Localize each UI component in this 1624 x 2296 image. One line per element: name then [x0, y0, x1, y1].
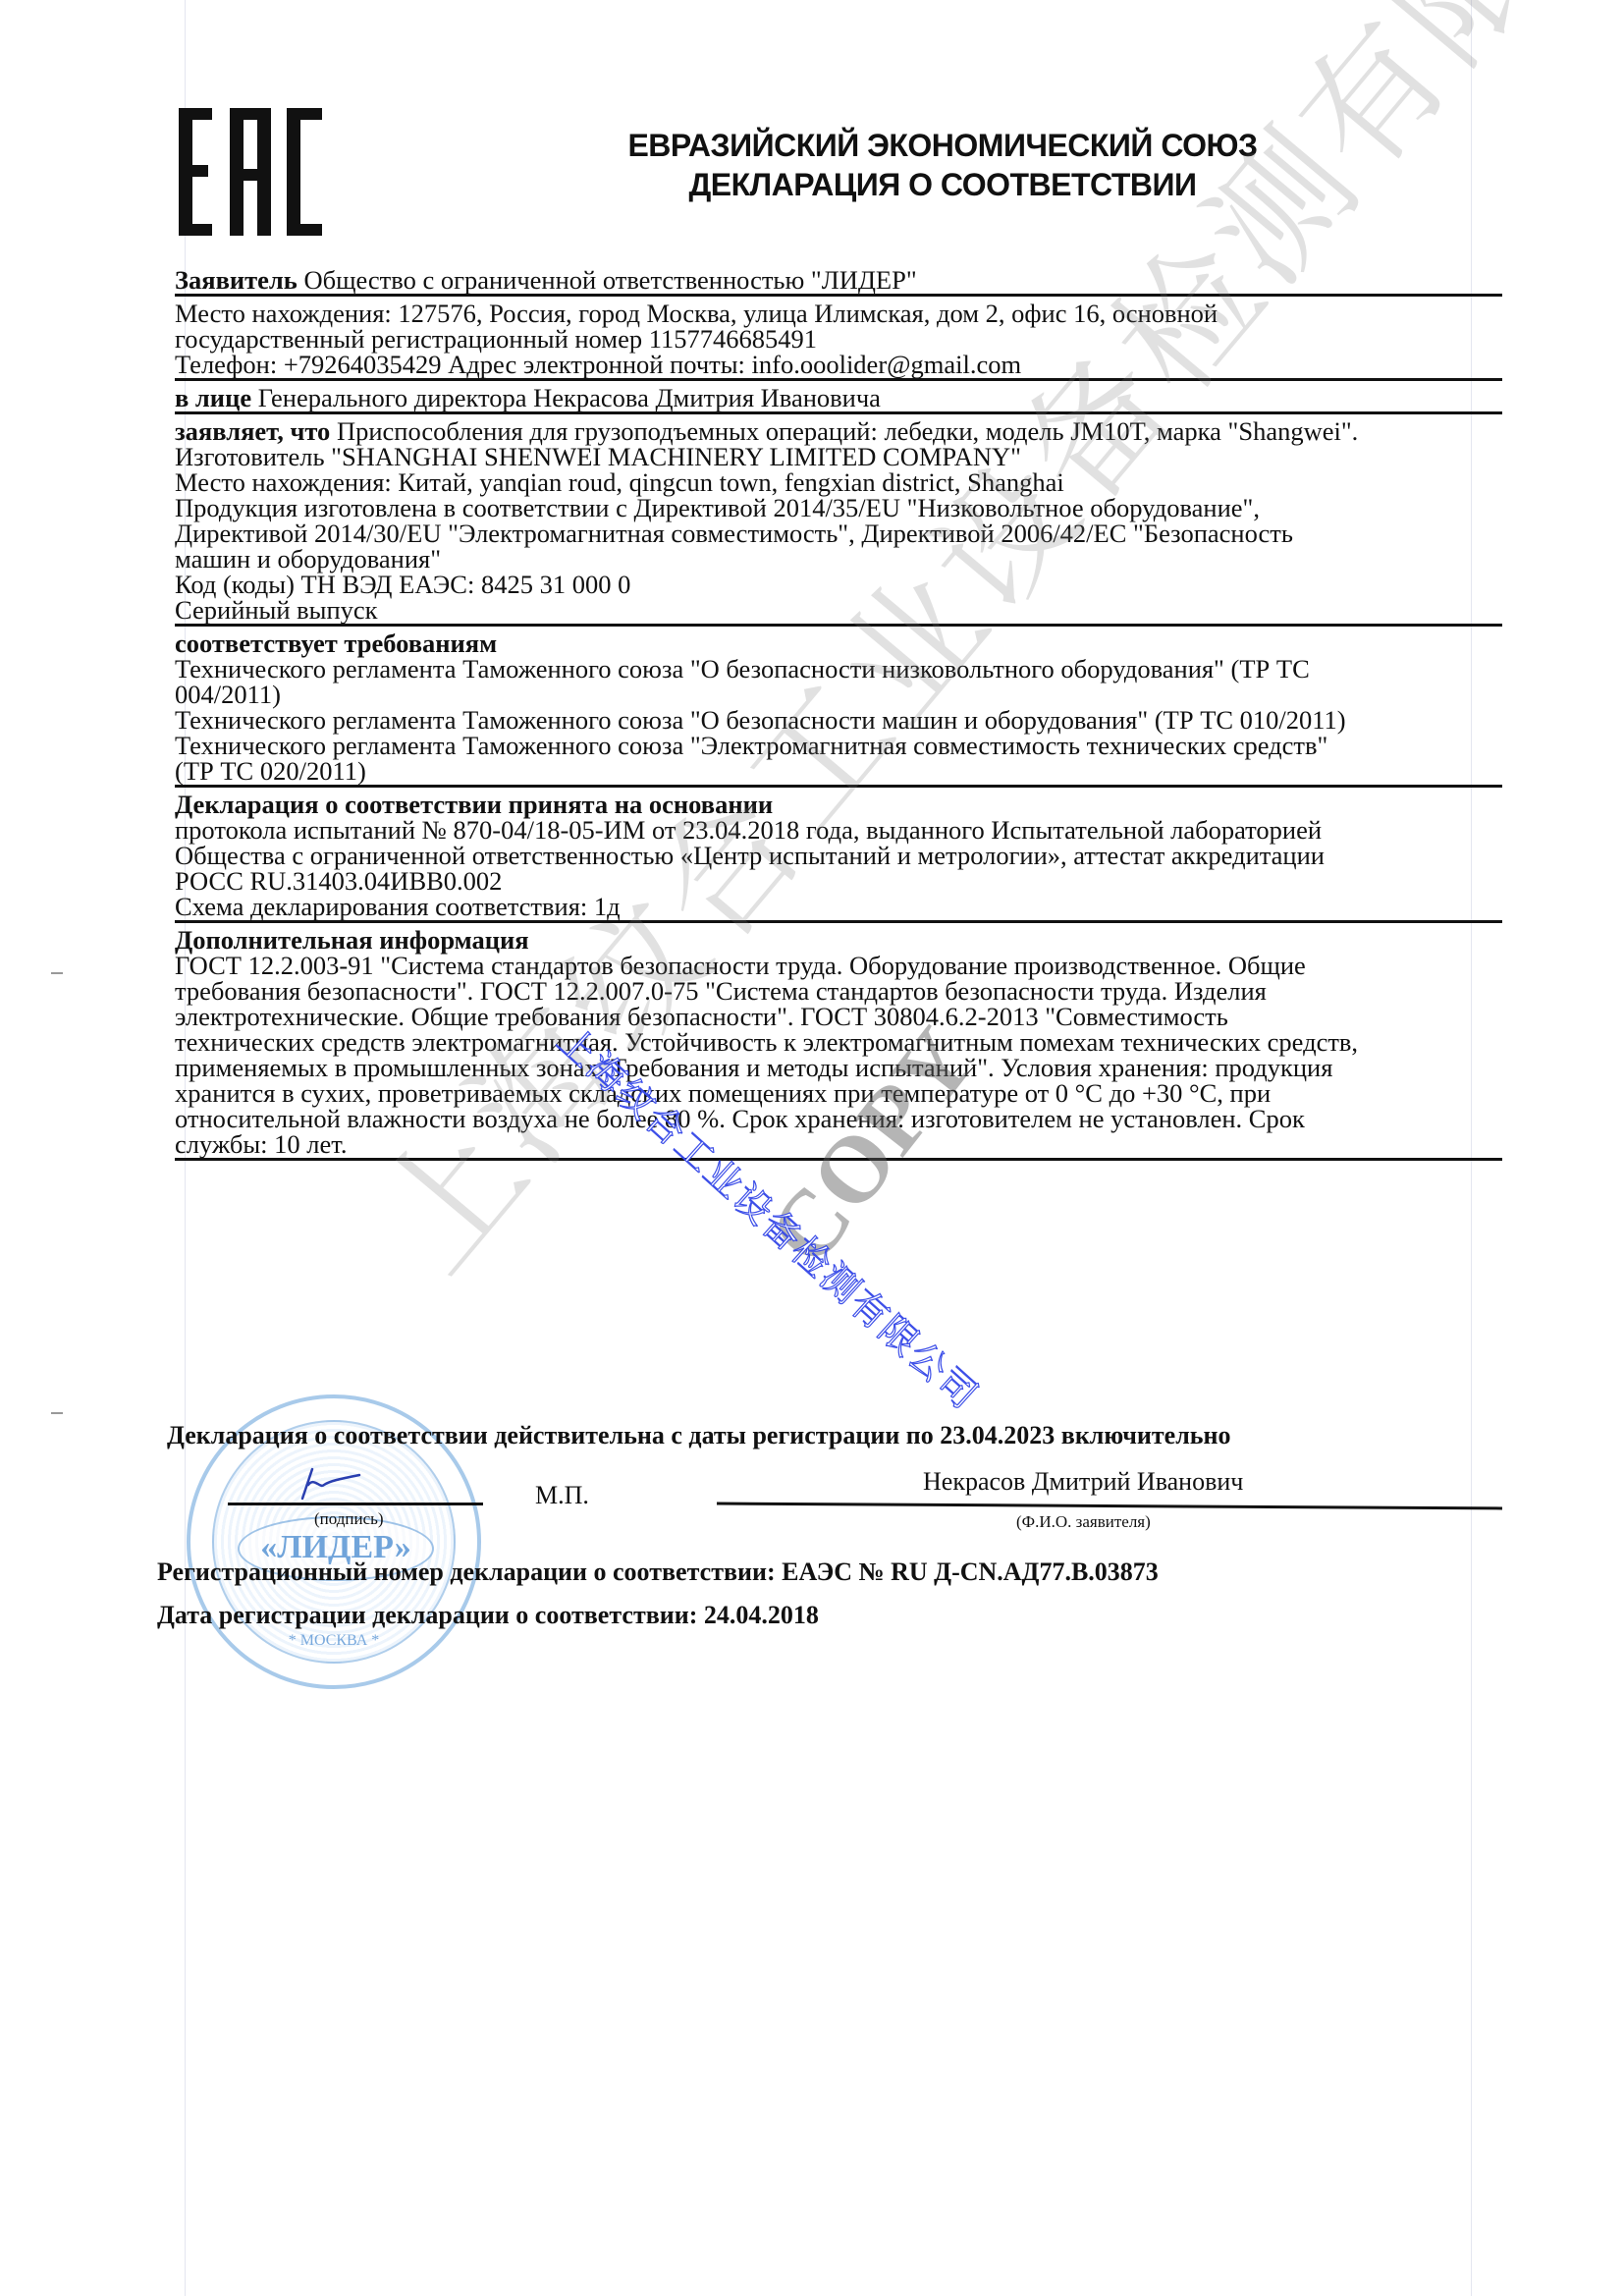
signature-caption: (подпись) [314, 1509, 384, 1529]
declaration-page: ЕВРАЗИЙСКИЙ ЭКОНОМИЧЕСКИЙ СОЮЗ ДЕКЛАРАЦИ… [0, 0, 1624, 2296]
signatory-name: Некрасов Дмитрий Иванович [923, 1467, 1243, 1497]
registration-number: Регистрационный номер декларации о соотв… [157, 1558, 1159, 1587]
applicant-label: Заявитель [175, 265, 298, 295]
manufacturer: Изготовитель "SHANGHAI SHENWEI MACHINERY… [175, 444, 1502, 469]
additional-line: электротехнические. Общие требования без… [175, 1004, 1502, 1029]
name-line [717, 1503, 1502, 1510]
manufacturer-address: Место нахождения: Китай, yanqian roud, q… [175, 469, 1502, 495]
applicant-address-2: государственный регистрационный номер 11… [175, 326, 1502, 352]
additional-line: требования безопасности". ГОСТ 12.2.007.… [175, 978, 1502, 1004]
directives-line-2: Директивой 2014/30/EU "Электромагнитная … [175, 520, 1502, 546]
stamp-city: * МОСКВА * [190, 1632, 477, 1650]
handwritten-signature-icon [295, 1463, 363, 1503]
representative-value: Генерального директора Некрасова Дмитрия… [251, 383, 881, 412]
registration-date: Дата регистрации декларации о соответств… [157, 1601, 819, 1630]
representative-row: в лице Генерального директора Некрасова … [175, 385, 1502, 410]
representative-label: в лице [175, 383, 251, 412]
directives-line-1: Продукция изготовлена в соответствии с Д… [175, 495, 1502, 520]
validity-statement: Декларация о соответствии действительна … [167, 1421, 1231, 1450]
name-caption: (Ф.И.О. заявителя) [1016, 1512, 1151, 1532]
margin-tick [51, 972, 63, 974]
additional-line: ГОСТ 12.2.003-91 "Система стандартов без… [175, 953, 1502, 978]
seal-place-mark: М.П. [535, 1481, 589, 1510]
additional-label: Дополнительная информация [175, 927, 1502, 953]
basis-line: Схема декларирования соответствия: 1д [175, 894, 1502, 919]
margin-tick [51, 1412, 63, 1414]
declares-row: заявляет, что Приспособления для грузопо… [175, 418, 1502, 444]
additional-line: применяемых в промышленных зонах. Требов… [175, 1055, 1502, 1080]
additional-line: технических средств электромагнитная. Ус… [175, 1029, 1502, 1055]
applicant-contacts: Телефон: +79264035429 Адрес электронной … [175, 352, 1502, 377]
applicant-name: Общество с ограниченной ответственностью… [298, 265, 917, 295]
eac-logo-icon [179, 108, 324, 236]
signature-line [228, 1503, 483, 1505]
